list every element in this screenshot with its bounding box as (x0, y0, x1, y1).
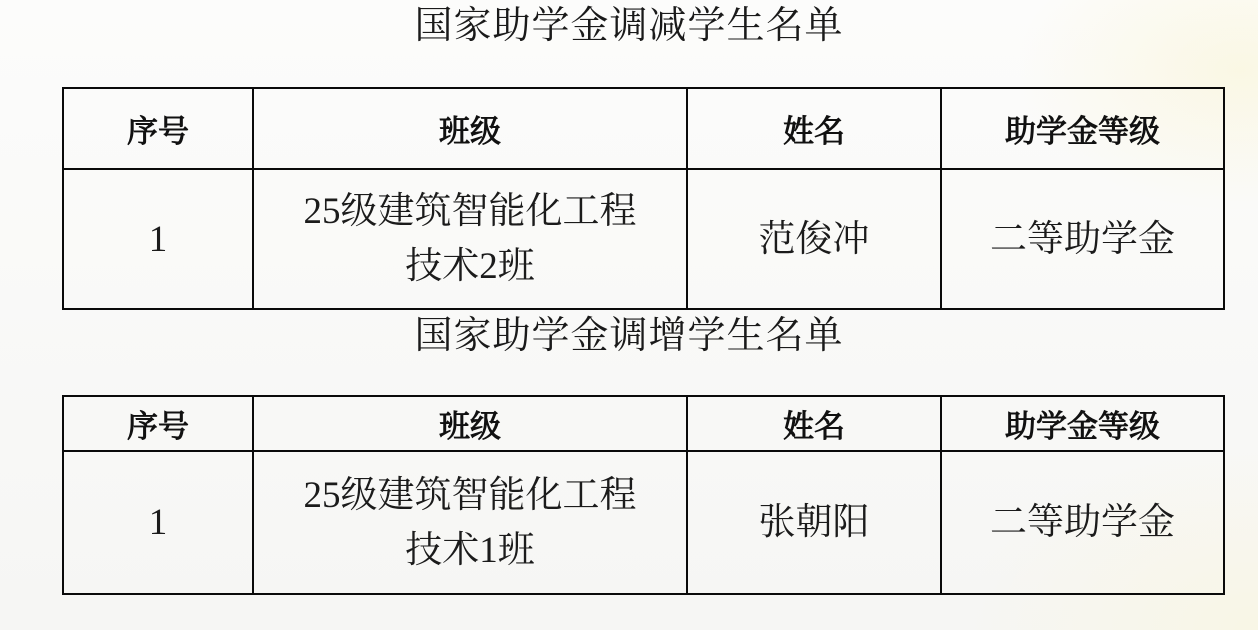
header-class: 班级 (253, 396, 687, 451)
header-grant-level: 助学金等级 (941, 396, 1224, 451)
cell-class: 25级建筑智能化工程 技术1班 (253, 451, 687, 594)
header-seq-number: 序号 (63, 88, 253, 169)
class-name-line-2: 技术2班 (254, 239, 686, 294)
increase-table-header-row: 序号 班级 姓名 助学金等级 (63, 396, 1224, 451)
table-row: 1 25级建筑智能化工程 技术2班 范俊冲 二等助学金 (63, 169, 1224, 309)
reduction-list-title: 国家助学金调减学生名单 (0, 4, 1258, 48)
cell-student-name: 张朝阳 (687, 451, 941, 594)
class-name-line-2: 技术1班 (254, 523, 686, 578)
reduction-table: 序号 班级 姓名 助学金等级 1 25级建筑智能化工程 技术2班 范俊冲 二等助… (62, 87, 1225, 310)
header-class: 班级 (253, 88, 687, 169)
document-page: 国家助学金调减学生名单 序号 班级 姓名 助学金等级 1 25级建筑智能化工程 … (0, 0, 1258, 630)
increase-table: 序号 班级 姓名 助学金等级 1 25级建筑智能化工程 技术1班 张朝阳 二等助… (62, 395, 1225, 595)
header-seq-number: 序号 (63, 396, 253, 451)
reduction-table-header-row: 序号 班级 姓名 助学金等级 (63, 88, 1224, 169)
cell-student-name: 范俊冲 (687, 169, 941, 309)
cell-class: 25级建筑智能化工程 技术2班 (253, 169, 687, 309)
cell-grant-level: 二等助学金 (941, 169, 1224, 309)
class-name-line-1: 25级建筑智能化工程 (254, 184, 686, 239)
increase-list-title: 国家助学金调增学生名单 (0, 314, 1258, 358)
header-name: 姓名 (687, 396, 941, 451)
table-row: 1 25级建筑智能化工程 技术1班 张朝阳 二等助学金 (63, 451, 1224, 594)
cell-grant-level: 二等助学金 (941, 451, 1224, 594)
class-name-line-1: 25级建筑智能化工程 (254, 468, 686, 523)
cell-seq-number: 1 (63, 169, 253, 309)
header-name: 姓名 (687, 88, 941, 169)
cell-seq-number: 1 (63, 451, 253, 594)
header-grant-level: 助学金等级 (941, 88, 1224, 169)
